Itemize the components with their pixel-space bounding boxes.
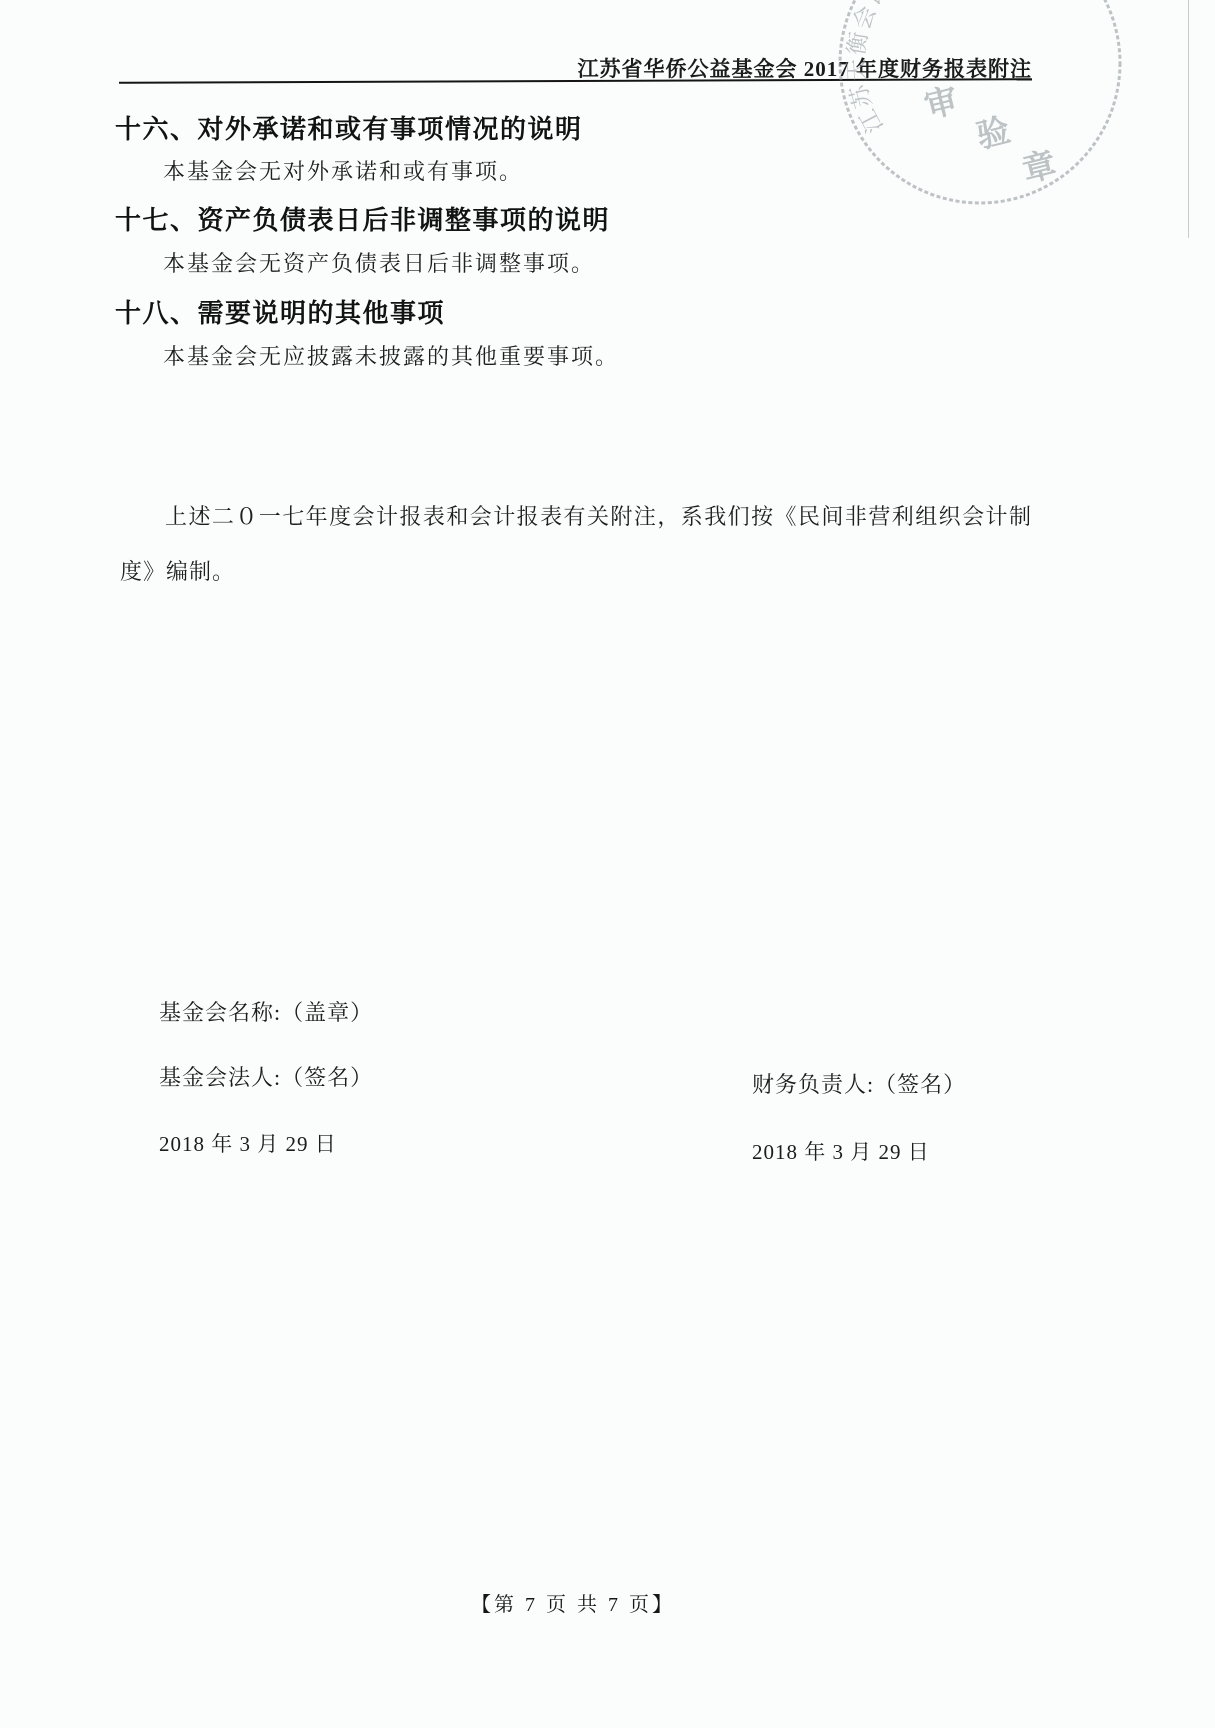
closing-statement: 上述二０一七年度会计报表和会计报表有关附注，系我们按《民间非营利组织会计制度》编… (120, 489, 1032, 599)
legal-representative-date: 2018 年 3 月 29 日 (159, 1128, 337, 1158)
stamp-center-char: 验 (973, 112, 1014, 156)
stamp-center-char: 审 (921, 81, 962, 126)
section-18-heading: 十八、需要说明的其他事项 (115, 293, 445, 330)
section-17-heading: 十七、资产负债表日后非调整事项的说明 (115, 200, 610, 237)
finance-officer-sign-line: 财务负责人:（签名） (752, 1068, 966, 1099)
page-number-indicator: 【第 7 页 共 7 页】 (471, 1588, 675, 1617)
section-18-body: 本基金会无应披露未披露的其他重要事项。 (163, 340, 619, 371)
legal-representative-sign-line: 基金会法人:（签名） (159, 1061, 373, 1092)
stamp-center-char: 章 (1019, 145, 1060, 190)
section-17-body: 本基金会无资产负债表日后非调整事项。 (163, 247, 595, 278)
audit-firm-stamp-icon: 江苏天衡会计师事务所有限公司 审 验 章 (800, 0, 1160, 270)
scan-page-edge (1188, 0, 1189, 238)
finance-officer-date: 2018 年 3 月 29 日 (752, 1136, 930, 1166)
document-page: 江苏省华侨公益基金会 2017 年度财务报表附注 江苏天衡会计师事务所有限公司 … (0, 0, 1215, 1728)
foundation-name-seal-line: 基金会名称:（盖章） (159, 996, 373, 1027)
section-16-body: 本基金会无对外承诺和或有事项。 (163, 155, 523, 186)
section-16-heading: 十六、对外承诺和或有事项情况的说明 (115, 109, 583, 146)
